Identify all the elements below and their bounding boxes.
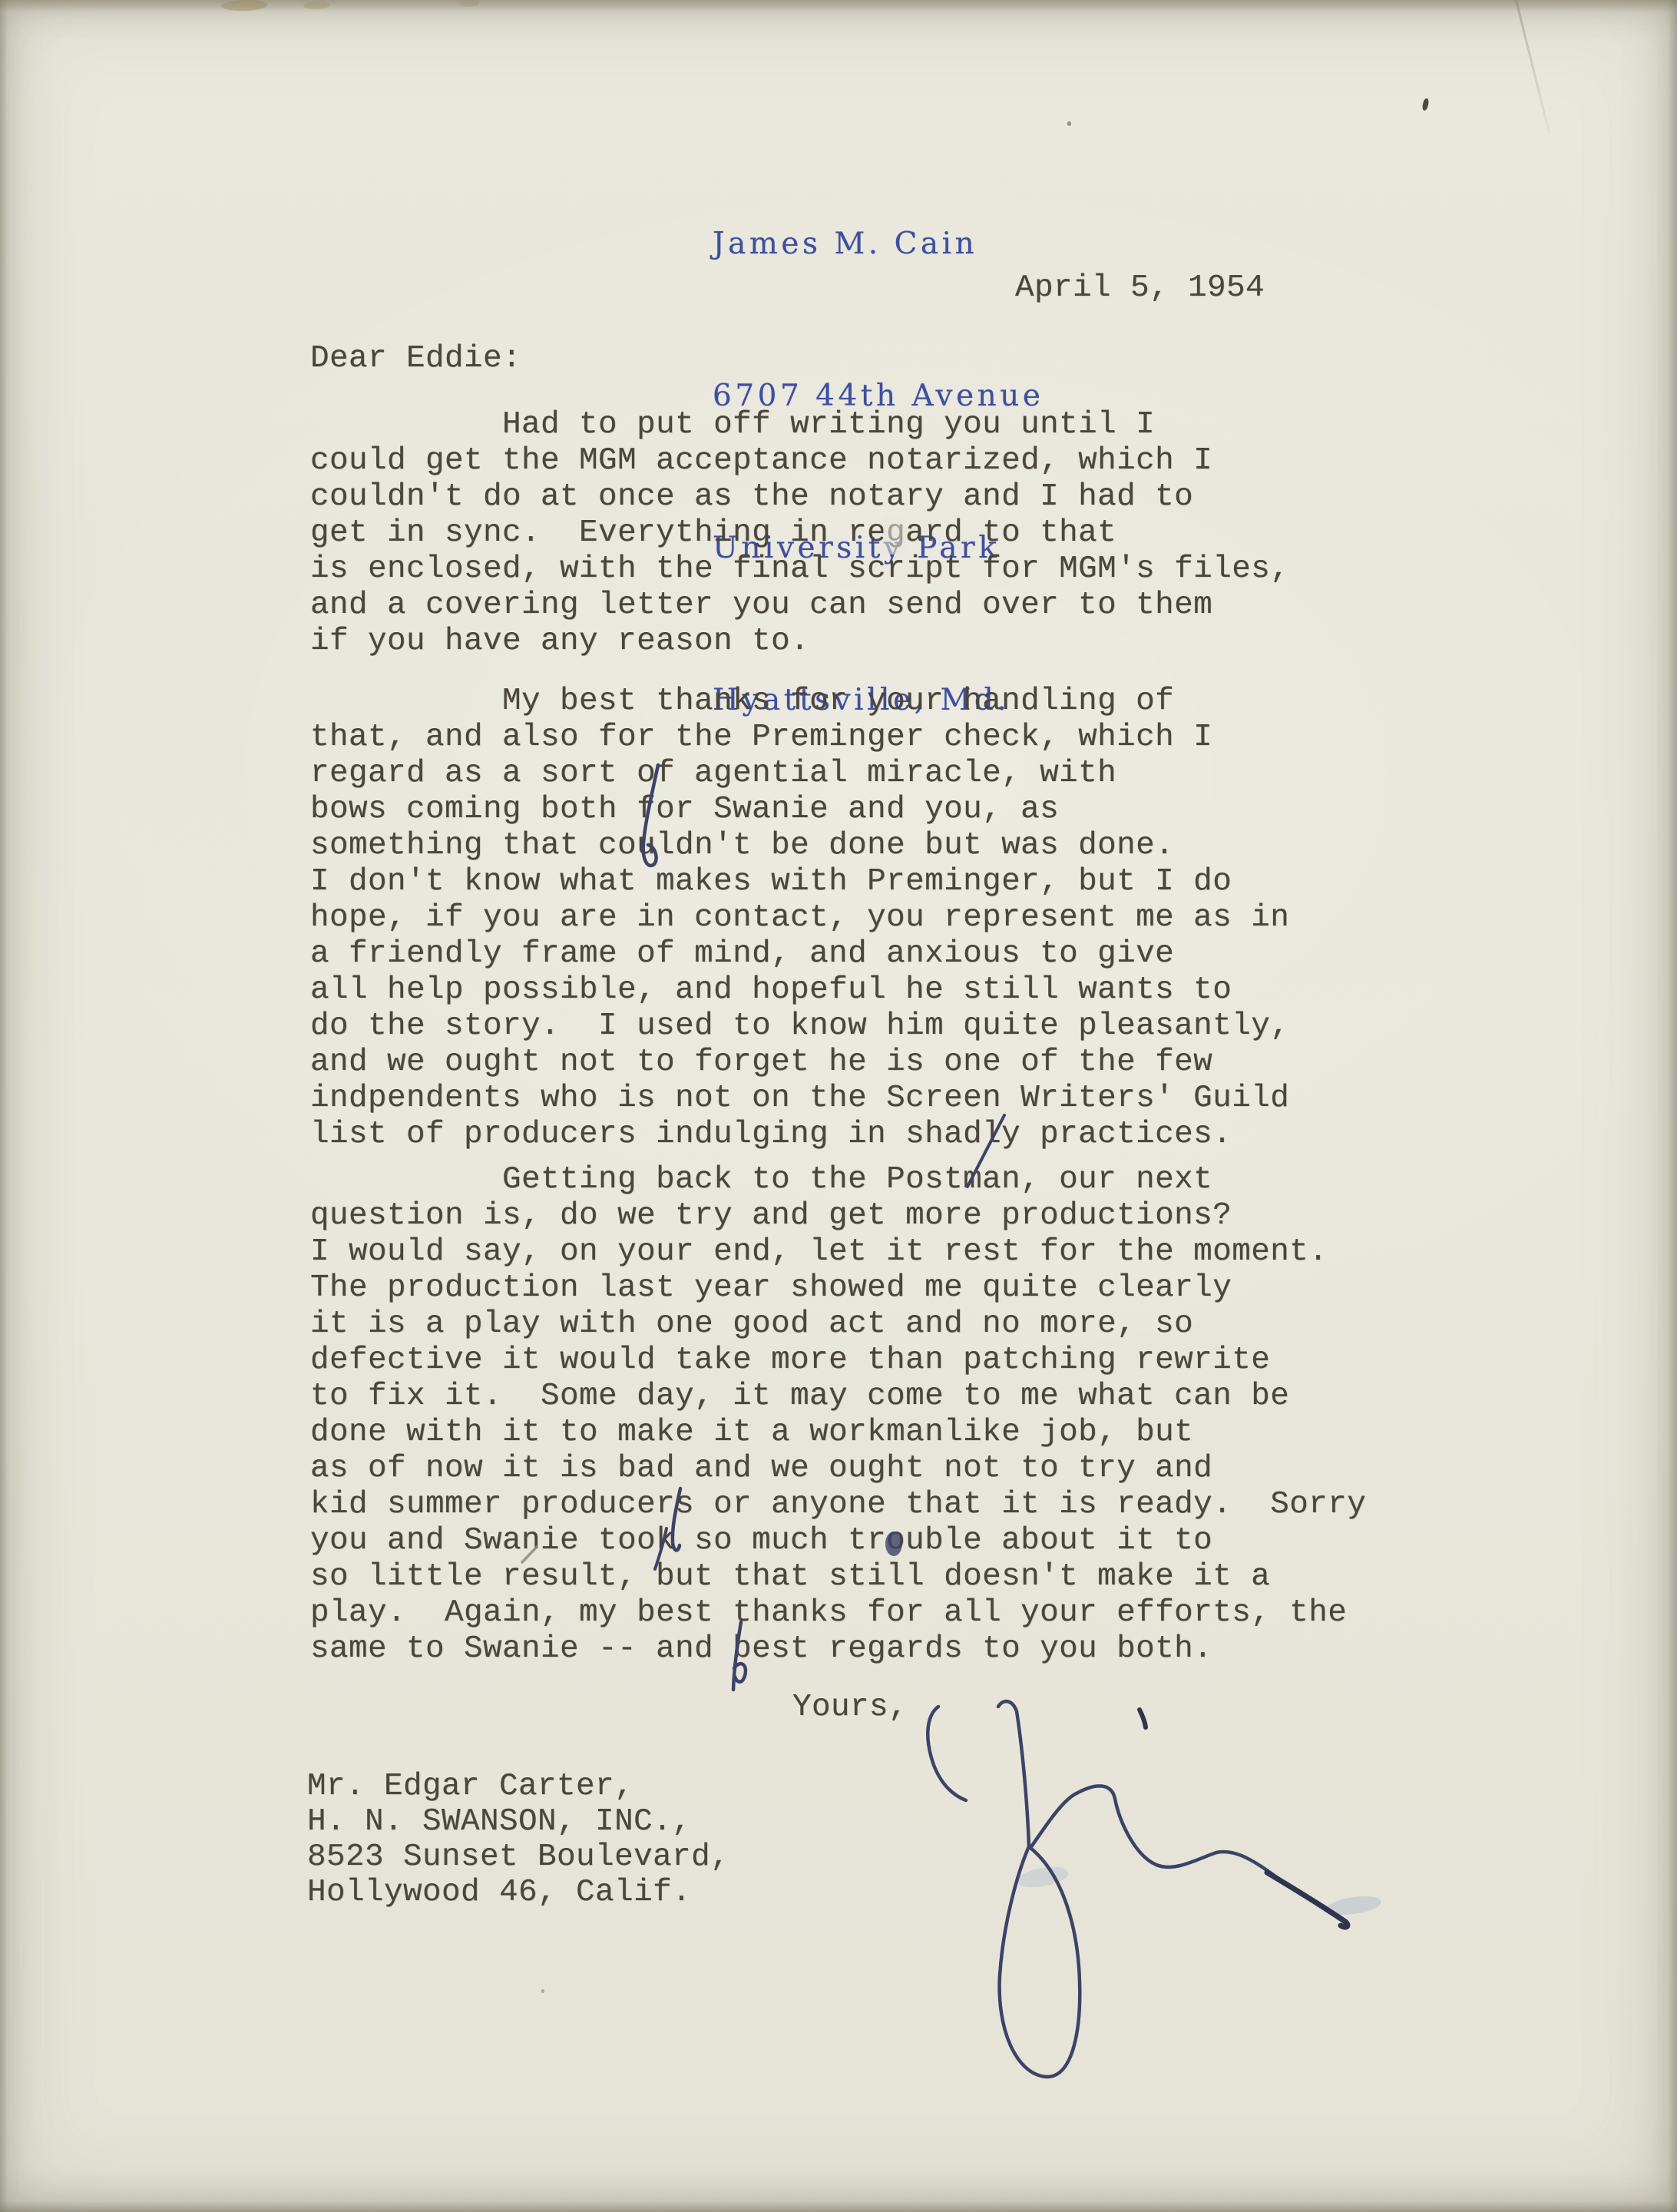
pen-mark-took-icon — [655, 1528, 666, 1569]
ink-smudge — [1015, 1863, 1070, 1890]
pen-strike-shadly-icon — [968, 1115, 1004, 1187]
pen-accent-result-icon — [522, 1547, 537, 1562]
pen-mark-trouble-icon — [885, 1532, 902, 1556]
signature-tail-stroke — [1267, 1873, 1348, 1927]
signature-lead-stroke — [928, 1707, 966, 1800]
pen-correction-best-icon — [733, 1622, 746, 1690]
pen-correction-f-icon — [643, 765, 658, 866]
letter-page: James M. Cain 6707 44th Avenue Universit… — [0, 0, 1677, 2212]
signature-tick-icon — [1139, 1710, 1146, 1727]
ink-annotations-layer — [0, 0, 1677, 2212]
pen-mark-producers-icon — [673, 1488, 680, 1550]
signature — [928, 1701, 1348, 2077]
